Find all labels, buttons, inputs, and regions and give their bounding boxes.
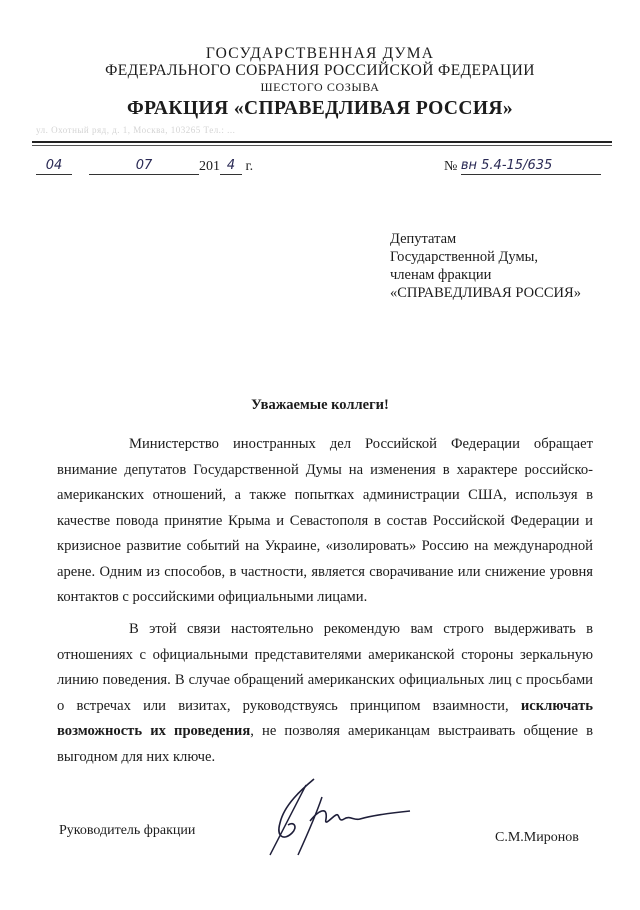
date-year-prefix: 201 — [199, 159, 220, 174]
signatory-name: С.М.Миронов — [495, 830, 579, 846]
number-value: вн 5.4-15/635 — [461, 158, 601, 175]
recipient-line: Депутатам — [390, 230, 581, 248]
body-paragraph-2: В этой связи настоятельно рекомендую вам… — [57, 617, 593, 770]
date-day: 04 — [36, 158, 72, 175]
letterhead-line-federal-assembly: ФЕДЕРАЛЬНОГО СОБРАНИЯ РОССИЙСКОЙ ФЕДЕРАЦ… — [0, 62, 640, 80]
letterhead-line-convocation: ШЕСТОГО СОЗЫВА — [0, 80, 640, 95]
handwritten-signature-icon — [262, 775, 412, 860]
paragraph-2-start: В этой связи настоятельно рекомендую вам… — [57, 621, 593, 714]
date-year-suffix: 4 — [220, 158, 242, 175]
number-label: № — [444, 159, 457, 174]
letterhead-line-duma: ГОСУДАРСТВЕННАЯ ДУМА — [0, 45, 640, 63]
date-year-unit: г. — [246, 159, 254, 174]
body-paragraph-1: Министерство иностранных дел Российской … — [57, 432, 593, 611]
letterhead-faction-title: ФРАКЦИЯ «СПРАВЕДЛИВАЯ РОССИЯ» — [0, 98, 640, 120]
recipient-line: членам фракции — [390, 266, 581, 284]
date-month: 07 — [89, 158, 199, 175]
greeting: Уважаемые коллеги! — [0, 397, 640, 414]
letterhead-divider-thin — [32, 145, 612, 146]
letterhead-divider — [32, 141, 612, 143]
recipient-block: Депутатам Государственной Думы, членам ф… — [390, 230, 581, 302]
paragraph-text: Министерство иностранных дел Российской … — [57, 432, 593, 611]
signatory-title: Руководитель фракции — [59, 823, 195, 839]
recipient-line: «СПРАВЕДЛИВАЯ РОССИЯ» — [390, 284, 581, 302]
document-date: 04 072014 г. — [36, 158, 253, 175]
paragraph-text: В этой связи настоятельно рекомендую вам… — [57, 617, 593, 770]
letterhead-address: ул. Охотный ряд, д. 1, Москва, 103265 Те… — [36, 125, 235, 135]
recipient-line: Государственной Думы, — [390, 248, 581, 266]
document-number: № вн 5.4-15/635 — [444, 158, 601, 175]
